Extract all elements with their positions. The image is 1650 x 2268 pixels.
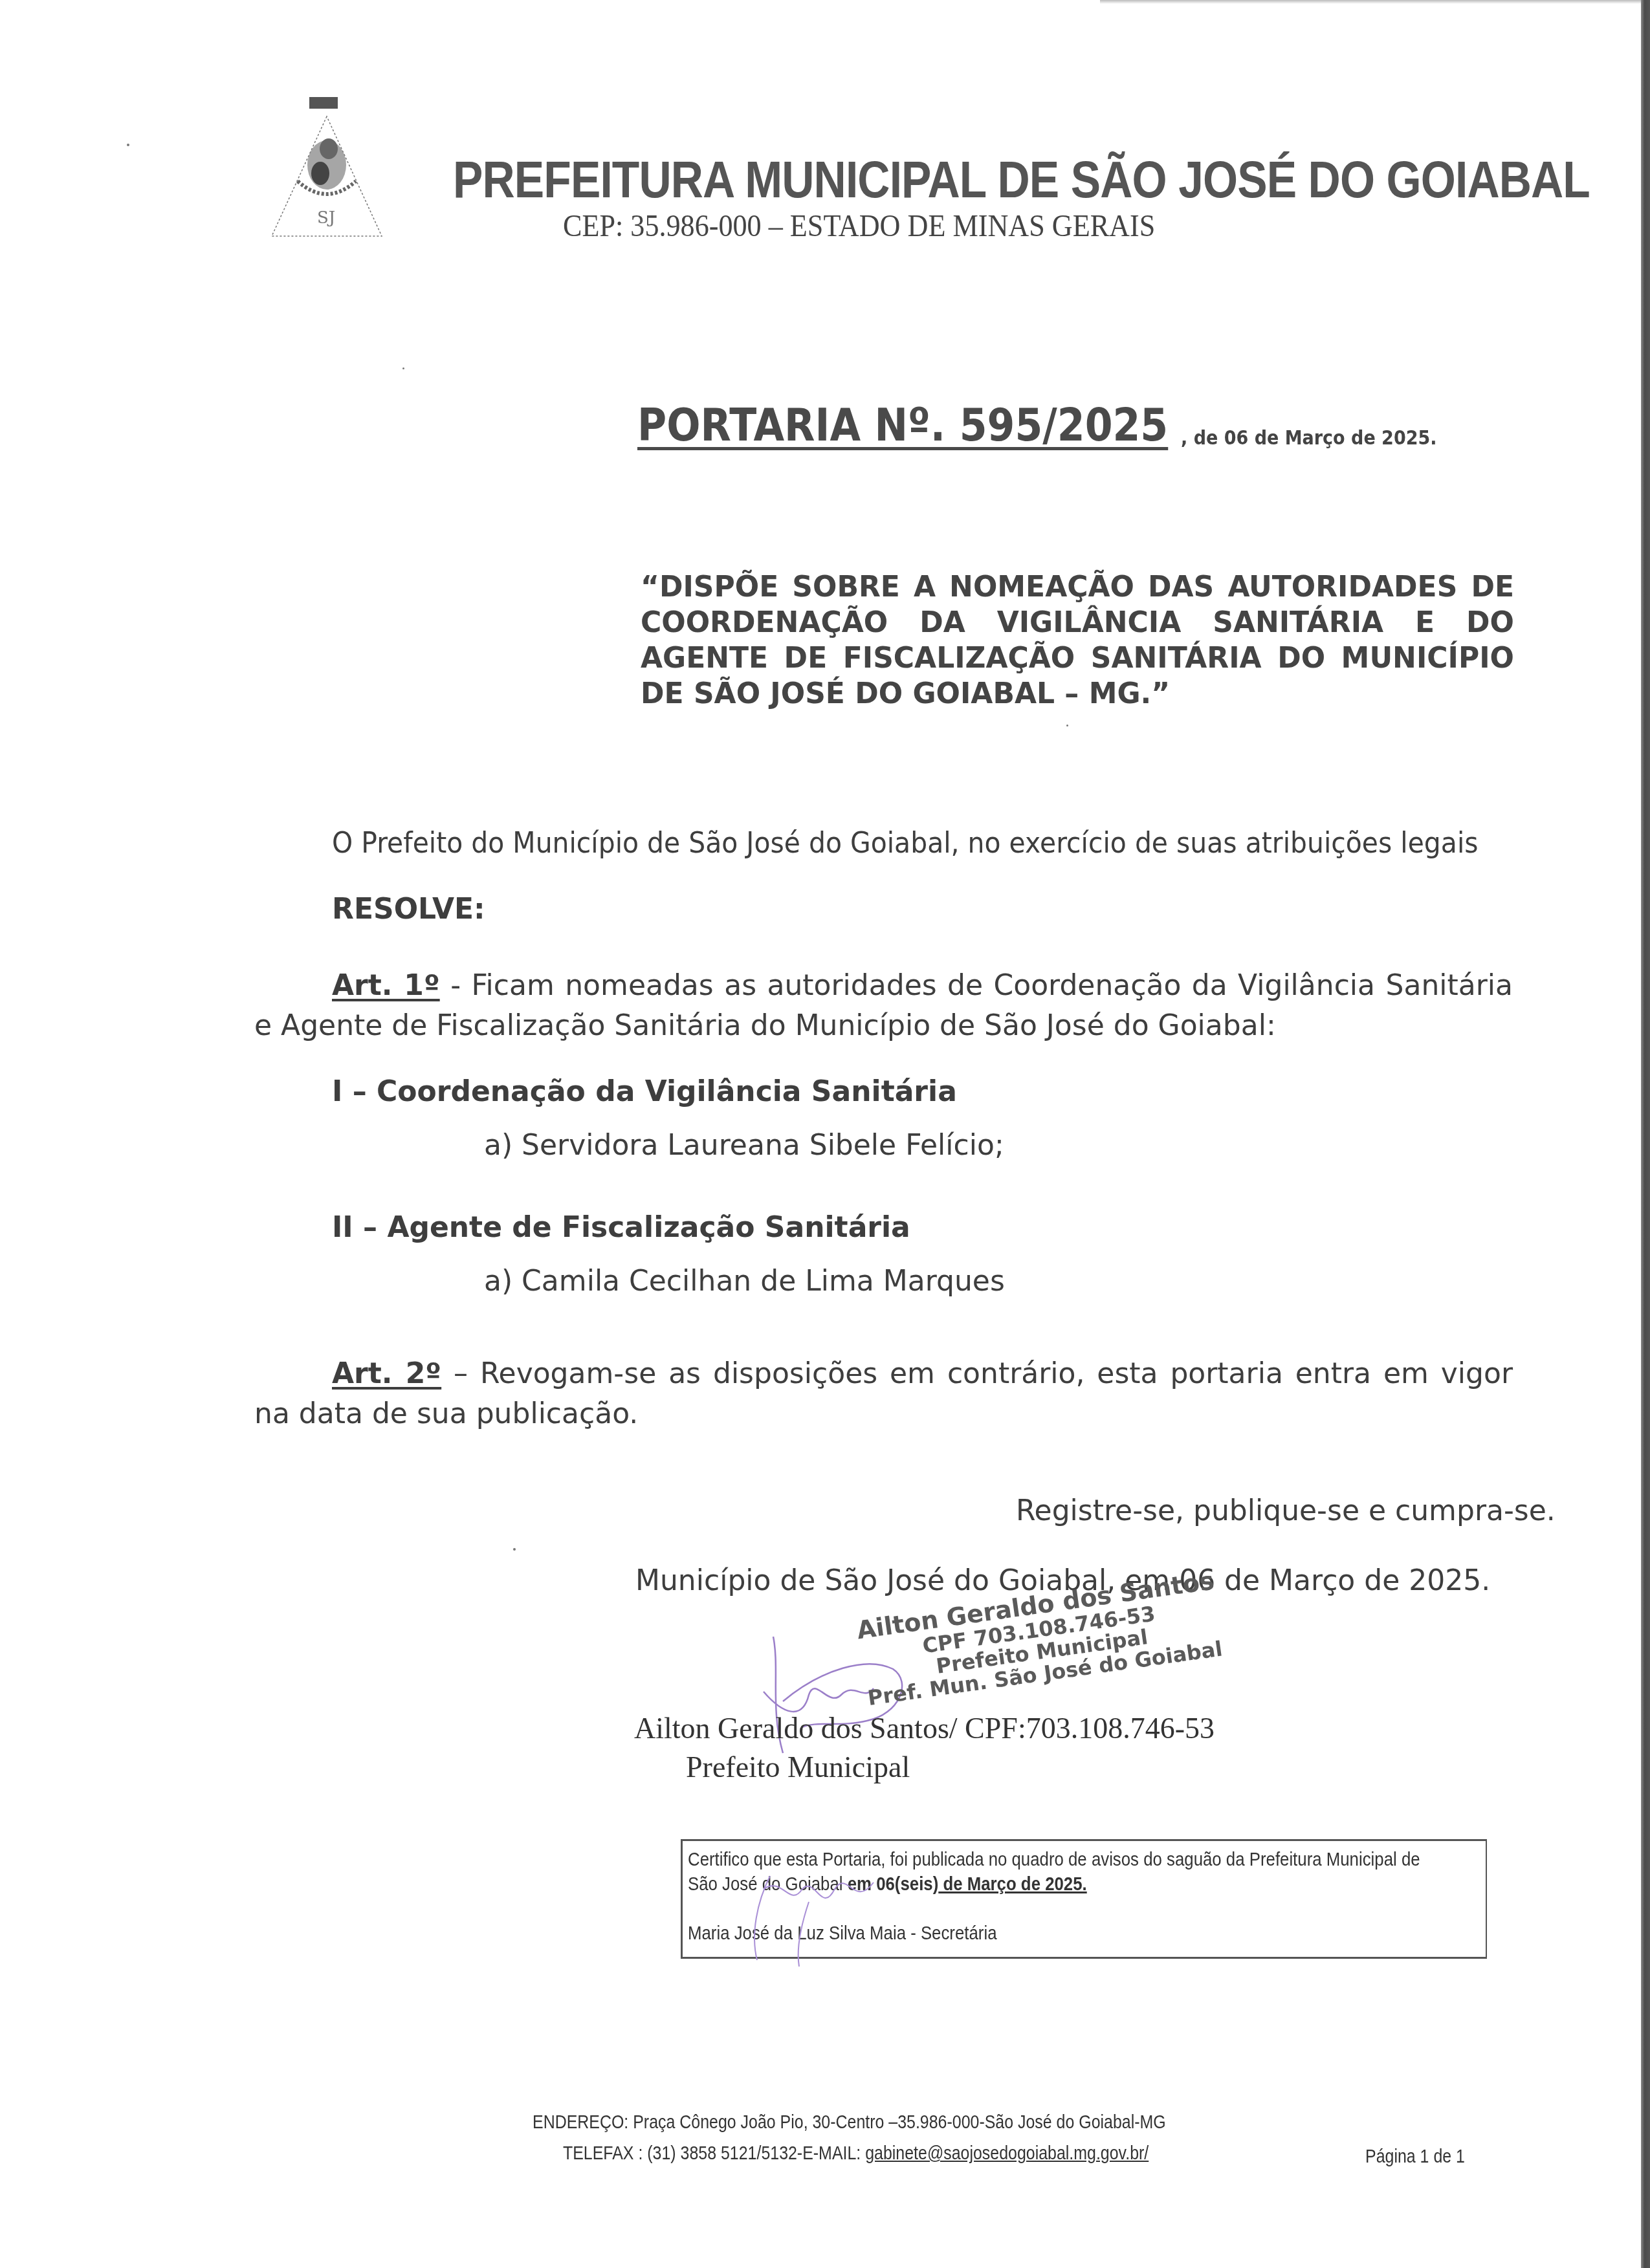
article-2-label: Art. 2º [332, 1357, 441, 1390]
scan-edge-right [1641, 0, 1650, 2268]
section-1-title: I – Coordenação da Vigilância Sanitária [332, 1075, 957, 1108]
ementa: “DISPÕE SOBRE A NOMEAÇÃO DAS AUTORIDADES… [641, 569, 1514, 712]
article-2: Art. 2º – Revogam-se as disposições em c… [254, 1354, 1513, 1434]
scan-speck [1066, 725, 1068, 726]
coat-of-arms-icon: SJ [265, 97, 388, 243]
secretary-signature-icon [712, 1863, 932, 1967]
page-number: Página 1 de 1 [1365, 2146, 1465, 2168]
portaria-heading: PORTARIA Nº. 595/2025 , de 06 de Março d… [637, 398, 1240, 452]
article-1-label: Art. 1º [332, 969, 440, 1002]
section-2-item: a) Camila Cecilhan de Lima Marques [484, 1265, 1005, 1298]
portaria-date: , de 06 de Março de 2025. [1181, 427, 1437, 450]
svg-text:SJ: SJ [317, 208, 335, 228]
municipality-header-title: PREFEITURA MUNICIPAL DE SÃO JOSÉ DO GOIA… [453, 150, 1590, 210]
municipality-header-subtitle: CEP: 35.986-000 – ESTADO DE MINAS GERAIS [563, 208, 1155, 244]
section-1-item: a) Servidora Laureana Sibele Felício; [484, 1129, 1004, 1162]
footer-telefax: TELEFAX : (31) 3858 5121/5132-E-MAIL: [563, 2143, 865, 2164]
portaria-number: PORTARIA Nº. 595/2025 [637, 398, 1168, 452]
preamble: O Prefeito do Município de São José do G… [332, 827, 1479, 860]
signer-title: Prefeito Municipal [686, 1750, 910, 1784]
article-1: Art. 1º - Ficam nomeadas as autoridades … [254, 966, 1513, 1046]
scan-speck [402, 367, 404, 369]
scan-edge-top [1100, 0, 1641, 4]
resolve-label: RESOLVE: [332, 893, 485, 926]
footer-contact: TELEFAX : (31) 3858 5121/5132-E-MAIL: ga… [563, 2143, 1149, 2164]
article-1-text: - Ficam nomeadas as autoridades de Coord… [254, 969, 1513, 1042]
article-2-text: – Revogam-se as disposições em contrário… [254, 1357, 1513, 1430]
footer-email-link[interactable]: gabinete@saojosedogoiabal.mg.gov.br/ [865, 2143, 1149, 2164]
scan-speck [513, 1548, 516, 1551]
scan-speck [127, 144, 129, 146]
footer-address: ENDEREÇO: Praça Cônego João Pio, 30-Cent… [533, 2112, 1166, 2133]
signer-name: Ailton Geraldo dos Santos/ CPF:703.108.7… [634, 1711, 1215, 1745]
section-2-title: II – Agente de Fiscalização Sanitária [332, 1211, 910, 1244]
certificate-date: de Março de 2025. [938, 1873, 1086, 1895]
closing-formula: Registre-se, publique-se e cumpra-se. [1016, 1494, 1556, 1527]
